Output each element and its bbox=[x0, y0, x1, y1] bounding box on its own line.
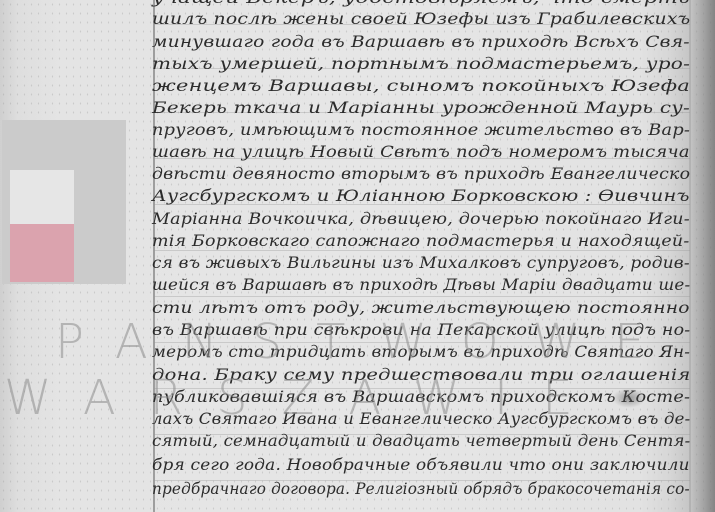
ink-stain bbox=[612, 388, 646, 408]
scanned-document-page: учащей Бекеръ, удостовѣряемъ, что смерть… bbox=[0, 0, 715, 512]
text-line: бря сего года. Новобрачные объявили что … bbox=[152, 456, 690, 482]
archive-watermark-line2: WARSZAWIE bbox=[4, 374, 607, 422]
text-line: сятый, семнадцатый и двадцать четвертый … bbox=[152, 432, 690, 458]
archive-logo-red-square bbox=[10, 224, 74, 282]
archive-logo-white-square bbox=[10, 170, 74, 224]
page-edge-shadow bbox=[690, 0, 715, 512]
archive-watermark-line1: PANSTWOWE bbox=[55, 318, 678, 366]
text-line: предбрачнаго договора. Религіозный обряд… bbox=[152, 480, 690, 506]
